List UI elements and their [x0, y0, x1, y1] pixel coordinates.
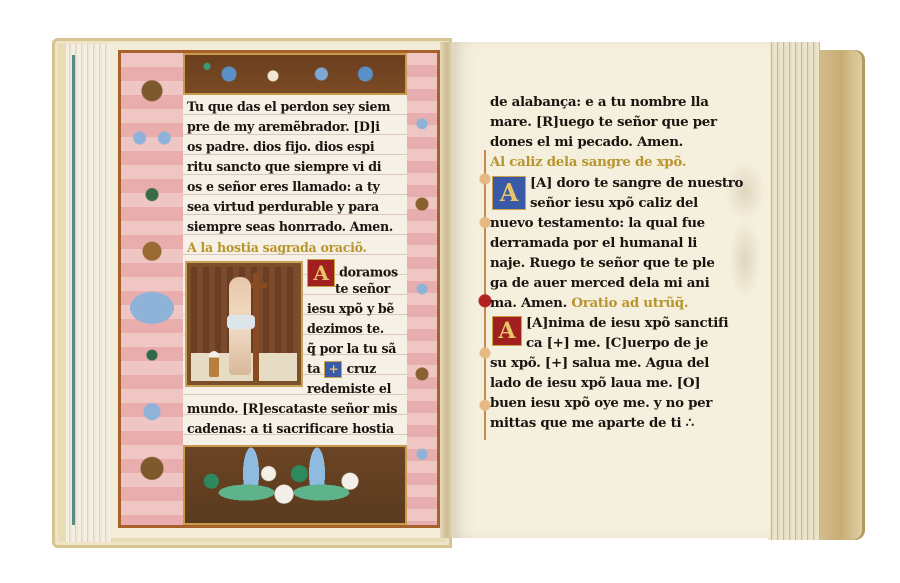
text-line: ma. Amen. Oratio ad utrũq̃.	[490, 293, 688, 314]
illuminated-frame: Tu que das el perdon sey siem pre de my …	[118, 50, 440, 528]
text-line: su xpõ. [+] salua me. Agua del	[490, 353, 709, 374]
text-line: te señor	[335, 279, 390, 299]
cross-initial-blue: +	[324, 361, 342, 378]
text-line: [A] doro te sangre de nuestro	[530, 173, 743, 194]
text-line: cadenas: a ti sacrificare hostia	[187, 419, 394, 439]
text-line: dezimos te.	[307, 319, 384, 339]
initial-a-red: A	[307, 259, 335, 287]
text-line: ga de auer merced dela mi ani	[490, 273, 709, 294]
left-text-block: Tu que das el perdon sey siem pre de my …	[183, 95, 407, 445]
rubric-heading: Oratio ad utrũq̃.	[571, 295, 688, 311]
loincloth	[227, 315, 255, 329]
rubric-heading: A la hostia sagrada oraciõ.	[187, 238, 367, 258]
text-line: señor iesu xpõ caliz del	[530, 193, 698, 214]
text-line: iesu xpõ y bẽ	[307, 299, 394, 319]
text-line: mittas que me aparte de ti ∴	[490, 413, 694, 434]
book-gutter	[440, 42, 454, 538]
ribbon-edge	[72, 55, 75, 525]
bottom-border-ornament	[183, 445, 407, 525]
page-edges-right	[768, 42, 820, 540]
text-line: nuevo testamento: la qual fue	[490, 213, 705, 234]
text-line: naje. Ruego te señor que te ple	[490, 253, 715, 274]
left-border-ornament	[121, 53, 183, 525]
text-line: mundo. [R]escataste señor mis	[187, 399, 397, 419]
text-line: buen iesu xpõ oye me. y no per	[490, 393, 712, 414]
text-line: dones el mi pecado. Amen.	[490, 132, 683, 153]
initial-a-red: A	[492, 316, 522, 346]
text-line: sea virtud perdurable y para	[187, 197, 379, 217]
text-line: de alabança: e a tu nombre lla	[490, 92, 709, 113]
chalice-icon	[209, 351, 219, 377]
text-line: [A]nima de iesu xpõ sanctifi	[526, 313, 728, 334]
text-line: derramada por el humanal li	[490, 233, 697, 254]
text-line: ritu sancto que siempre vi di	[187, 157, 381, 177]
miniature-man-of-sorrows	[185, 261, 303, 387]
right-border-ornament	[407, 53, 437, 525]
text-line: q̃ por la tu sã	[307, 339, 396, 359]
text-line: siempre seas honrrado. Amen.	[187, 217, 393, 237]
text-line: lado de iesu xpõ laua me. [O]	[490, 373, 700, 394]
top-border-ornament	[183, 53, 407, 95]
text-line: Tu que das el perdon sey siem	[187, 97, 390, 117]
text-line: mare. [R]uego te señor que per	[490, 112, 717, 133]
text-line: ca [+] me. [C]uerpo de je	[526, 333, 708, 354]
initial-a-blue: A	[492, 176, 526, 210]
text-line: os e señor eres llamado: a ty	[187, 177, 380, 197]
text-line: os padre. dios fijo. dios espi	[187, 137, 374, 157]
text-line: pre de my aremẽbrador. [D]i	[187, 117, 380, 137]
frame-inner: Tu que das el perdon sey siem pre de my …	[121, 53, 437, 525]
text-line: ta + cruz	[307, 359, 376, 379]
text-line: redemiste el	[307, 379, 391, 399]
show-through-ornament	[720, 140, 770, 310]
rubric-heading: Al caliz dela sangre de xpõ.	[490, 152, 686, 173]
